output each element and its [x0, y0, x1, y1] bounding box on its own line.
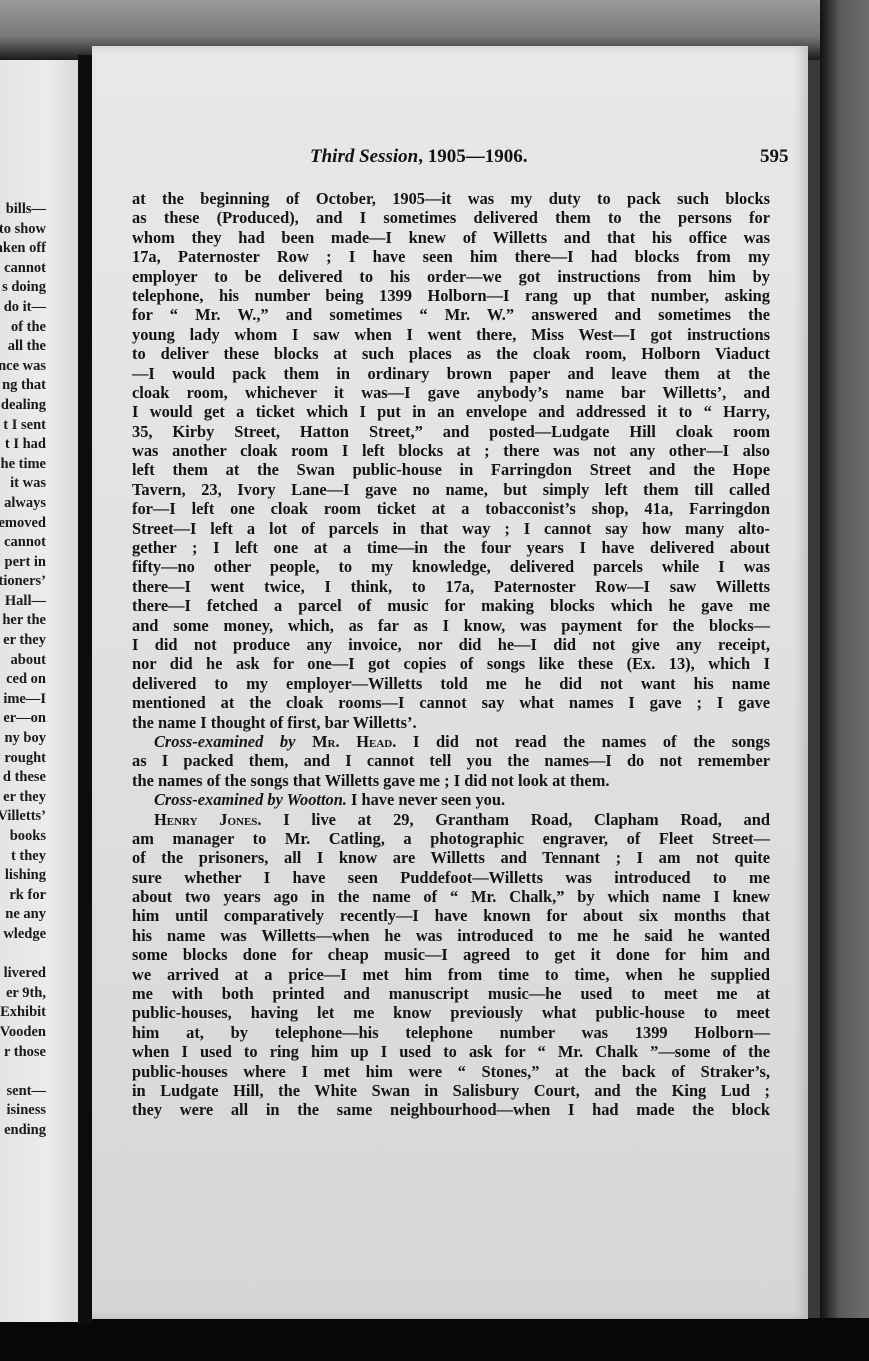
text-line: —I would pack them in ordinary brown pap… — [132, 364, 770, 383]
text-line: public-houses where I met him were “ Sto… — [132, 1062, 770, 1081]
text-line: sure whether I have seen Puddefoot—Wille… — [132, 868, 770, 887]
left-page-fragment: bills— — [0, 200, 46, 220]
scan-background-bottom — [0, 1318, 869, 1361]
left-page-fragment: ny boy — [0, 729, 46, 749]
left-page-fragment: t I sent — [0, 416, 46, 436]
left-page-fragment: t I had — [0, 435, 46, 455]
text-line: the name I thought of first, bar Willett… — [132, 713, 770, 732]
cross-label: Cross-examined by — [154, 732, 295, 751]
book-gutter — [78, 55, 92, 1325]
text-line: delivered to my employer—Willetts told m… — [132, 674, 770, 693]
left-page-fragment: tioners’ — [0, 572, 46, 592]
text-line: and some money, which, as far as I know,… — [132, 616, 770, 635]
left-page-fragment: er they — [0, 788, 46, 808]
text-line: for “ Mr. W.,” and sometimes “ Mr. W.” a… — [132, 305, 770, 324]
text-line: his name was Willetts—when he was introd… — [132, 926, 770, 945]
left-page-fragment: he time — [0, 455, 46, 475]
cross-label-wootton: Cross-examined by Wootton. — [154, 790, 347, 809]
left-page-fragment: to show — [0, 220, 46, 240]
left-page-fragment: ne any — [0, 905, 46, 925]
right-page: Third Session, 1905—1906. 595 at the beg… — [92, 46, 808, 1319]
left-page-fragment: isiness — [0, 1101, 46, 1121]
text-line: whom they had been made—I knew of Willet… — [132, 228, 770, 247]
text-line: Tavern, 23, Ivory Lane—I gave no name, b… — [132, 480, 770, 499]
left-page-fragment: it was — [0, 474, 46, 494]
text-line: 17a, Paternoster Row ; I have seen him t… — [132, 247, 770, 266]
left-page-fragment: ng that — [0, 376, 46, 396]
left-page-fragment: livered — [0, 964, 46, 984]
text-line: 35, Kirby Street, Hatton Street,” and po… — [132, 422, 770, 441]
left-page-fragment: Exhibit — [0, 1003, 46, 1023]
examiner-name: Mr. Head. — [312, 732, 396, 751]
text-line: as these (Produced), and I sometimes del… — [132, 208, 770, 227]
left-page-fragment: Villetts’ — [0, 807, 46, 827]
left-page-fragment: er 9th, — [0, 984, 46, 1004]
text-line: cloak room, whichever it was—I gave anyb… — [132, 383, 770, 402]
left-page-fragment: cannot — [0, 533, 46, 553]
text-line: of the prisoners, all I know are Willett… — [132, 848, 770, 867]
text-line: public-houses, having let me know previo… — [132, 1003, 770, 1022]
left-page-fragment: rk for — [0, 886, 46, 906]
left-page-fragment: Vooden — [0, 1023, 46, 1043]
left-page-fragment — [0, 945, 46, 965]
left-page-fragment: rought — [0, 749, 46, 769]
session-title-italic: Third Session — [310, 146, 418, 167]
page-body-text: at the beginning of October, 1905—it was… — [132, 189, 770, 1120]
text-line: they were all in the same neighbourhood—… — [132, 1100, 770, 1119]
text-line: him until comparatively recently—I have … — [132, 906, 770, 925]
running-head: Third Session, 1905—1906. 595 — [92, 146, 808, 170]
left-page-text-fragments: bills—to showaken offcannots doingdo it—… — [0, 200, 46, 1141]
cross-examination-head: Cross-examined by Mr. Head. I did not re… — [132, 732, 770, 751]
left-page-fragment: ending — [0, 1121, 46, 1141]
cross-wootton-text: I have never seen you. — [347, 790, 505, 809]
left-page-fragment: of the — [0, 318, 46, 338]
left-page-fragment: er they — [0, 631, 46, 651]
left-page-fragment: all the — [0, 337, 46, 357]
left-page-fragment: pert in — [0, 553, 46, 573]
cross-examination-wootton: Cross-examined by Wootton. I have never … — [132, 790, 770, 809]
text-line: him at, by telephone—his telephone numbe… — [132, 1023, 770, 1042]
left-page-fragment: r those — [0, 1043, 46, 1063]
text-line: mentioned at the cloak rooms—I cannot sa… — [132, 693, 770, 712]
testimony-paragraph: at the beginning of October, 1905—it was… — [132, 189, 770, 732]
text-line: about two years ago in the name of “ Mr.… — [132, 887, 770, 906]
text-line: the names of the songs that Willetts gav… — [132, 771, 770, 790]
witness-first-line: I live at 29, Grantham Road, Clapham Roa… — [262, 810, 770, 829]
text-line: was another cloak room I left blocks at … — [132, 441, 770, 460]
left-page-fragment: Hall— — [0, 592, 46, 612]
left-page-fragment: sent— — [0, 1082, 46, 1102]
left-page-fragment: lishing — [0, 866, 46, 886]
text-line: as I packed them, and I cannot tell you … — [132, 751, 770, 770]
text-line: Street—I left a lot of parcels in that w… — [132, 519, 770, 538]
left-page-fragment: s doing — [0, 278, 46, 298]
text-line: employer to be delivered to his order—we… — [132, 267, 770, 286]
witness-henry-jones: Henry Jones. I live at 29, Grantham Road… — [132, 810, 770, 829]
left-page-fragment: d these — [0, 768, 46, 788]
scan-background-right — [820, 0, 869, 1361]
session-years: , 1905—1906. — [418, 146, 527, 167]
left-page-fragment: do it— — [0, 298, 46, 318]
witness-name: Henry Jones. — [154, 810, 262, 829]
left-page-fragment: about — [0, 651, 46, 671]
text-line: nor did he ask for one—I got copies of s… — [132, 654, 770, 673]
left-page-fragment: er—on — [0, 709, 46, 729]
left-page-fragment: ced on — [0, 670, 46, 690]
left-page-fragment: nce was — [0, 357, 46, 377]
left-page-fragment: cannot — [0, 259, 46, 279]
henry-jones-testimony: am manager to Mr. Catling, a photographi… — [132, 829, 770, 1120]
left-page-fragment: aken off — [0, 239, 46, 259]
text-line: to deliver these blocks at such places a… — [132, 344, 770, 363]
text-line: am manager to Mr. Catling, a photographi… — [132, 829, 770, 848]
text-line: when I used to ring him up I used to ask… — [132, 1042, 770, 1061]
text-line: we arrived at a price—I met him from tim… — [132, 965, 770, 984]
left-page-fragment: her the — [0, 611, 46, 631]
text-line: in Ludgate Hill, the White Swan in Salis… — [132, 1081, 770, 1100]
left-page-fragment — [0, 1062, 46, 1082]
text-line: I would get a ticket which I put in an e… — [132, 402, 770, 421]
text-line: young lady whom I saw when I went there,… — [132, 325, 770, 344]
left-page-fragment: emoved — [0, 514, 46, 534]
text-line: for—I left one cloak room ticket at a to… — [132, 499, 770, 518]
page-number: 595 — [760, 146, 789, 168]
left-page-fragment: wledge — [0, 925, 46, 945]
left-page-fragment: books — [0, 827, 46, 847]
text-line: me with both printed and manuscript musi… — [132, 984, 770, 1003]
left-page-fragment: ime—I — [0, 690, 46, 710]
cross-text: I did not read the names of the songs — [396, 732, 770, 751]
text-line: telephone, his number being 1399 Holborn… — [132, 286, 770, 305]
text-line: there—I went twice, I think, to 17a, Pat… — [132, 577, 770, 596]
left-page-fragment: t they — [0, 847, 46, 867]
text-line: there—I fetched a parcel of music for ma… — [132, 596, 770, 615]
running-head-title: Third Session, 1905—1906. — [310, 146, 527, 168]
left-page-edge: bills—to showaken offcannots doingdo it—… — [0, 60, 80, 1322]
text-line: I did not produce any invoice, nor did h… — [132, 635, 770, 654]
text-line: at the beginning of October, 1905—it was… — [132, 189, 770, 208]
left-page-fragment: always — [0, 494, 46, 514]
text-line: fifty—no other people, to my knowledge, … — [132, 557, 770, 576]
text-line: some blocks done for cheap music—I agree… — [132, 945, 770, 964]
left-page-fragment: dealing — [0, 396, 46, 416]
text-line: gether ; I left one at a time—in the fou… — [132, 538, 770, 557]
text-line: left them at the Swan public-house in Fa… — [132, 460, 770, 479]
